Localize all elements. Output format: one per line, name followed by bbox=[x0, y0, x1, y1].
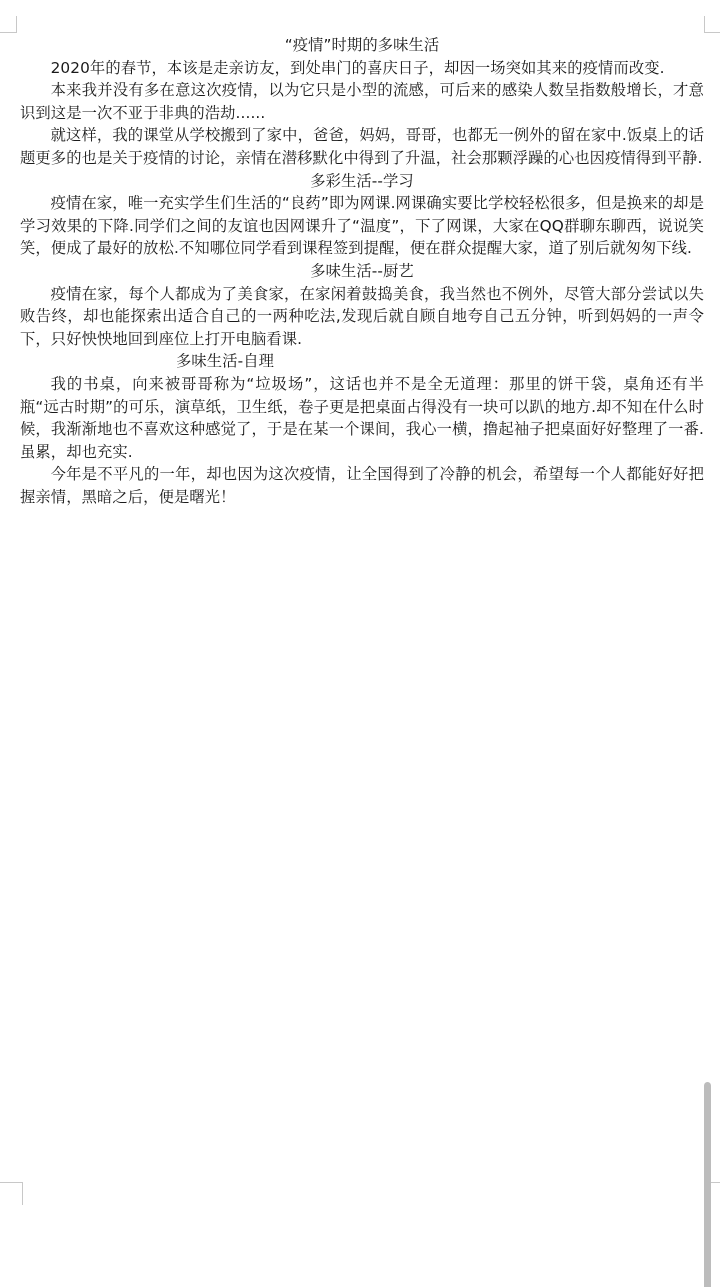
document-title: “疫情”时期的多味生活 bbox=[20, 34, 704, 57]
paragraph: 就这样，我的课堂从学校搬到了家中，爸爸，妈妈，哥哥，也都无一例外的留在家中.饭桌… bbox=[20, 124, 704, 169]
section-heading-self-care: 多味生活-自理 bbox=[20, 350, 704, 373]
section-heading-cooking: 多味生活--厨艺 bbox=[20, 260, 704, 283]
paragraph: 疫情在家，唯一充实学生们生活的“良药”即为网课.网课确实要比学校轻松很多，但是换… bbox=[20, 192, 704, 260]
paragraph: 我的书桌，向来被哥哥称为“垃圾场”，这话也并不是全无道理：那里的饼干袋，桌角还有… bbox=[20, 373, 704, 463]
paragraph: 疫情在家，每个人都成为了美食家，在家闲着鼓捣美食，我当然也不例外，尽管大部分尝试… bbox=[20, 283, 704, 351]
paragraph: 今年是不平凡的一年，却也因为这次疫情，让全国得到了冷静的机会，希望每一个人都能好… bbox=[20, 463, 704, 508]
section-heading-study: 多彩生活--学习 bbox=[20, 170, 704, 193]
page-corner-mark-top-left bbox=[0, 16, 17, 33]
paragraph: 2020年的春节，本该是走亲访友，到处串门的喜庆日子，却因一场突如其来的疫情而改… bbox=[20, 57, 704, 80]
page-corner-mark-top-right bbox=[704, 16, 720, 33]
vertical-scrollbar[interactable] bbox=[704, 1082, 711, 1287]
paragraph: 本来我并没有多在意这次疫情，以为它只是小型的流感，可后来的感染人数呈指数般增长，… bbox=[20, 79, 704, 124]
document-page: “疫情”时期的多味生活 2020年的春节，本该是走亲访友，到处串门的喜庆日子，却… bbox=[20, 34, 704, 508]
page-corner-mark-bottom-left bbox=[0, 1182, 23, 1205]
